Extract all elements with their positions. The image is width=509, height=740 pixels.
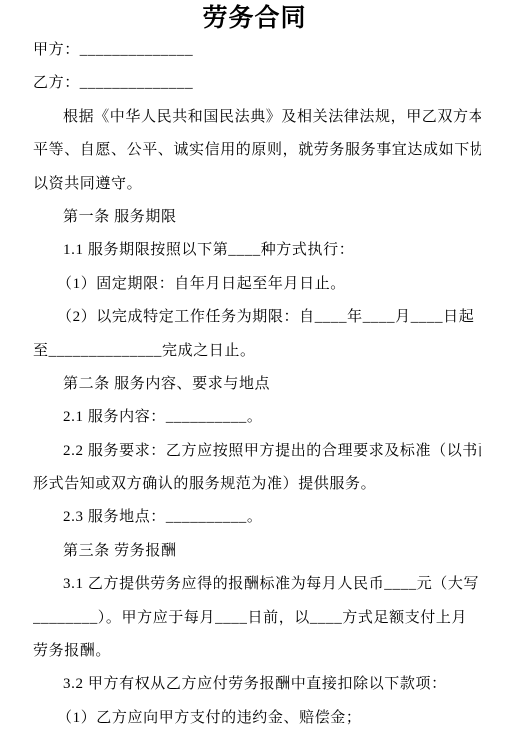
clause-3-2-item-1: （1）乙方应向甲方支付的违约金、赔偿金；	[33, 702, 481, 735]
clause-3-1-cont-1: ________）。甲方应于每月____日前，以____方式足额支付上月	[33, 602, 481, 635]
clause-2-2-cont: 形式告知或双方确认的服务规范为准）提供服务。	[33, 468, 481, 501]
document-title: 劳务合同	[0, 0, 509, 34]
clause-2-1: 2.1 服务内容：__________。	[33, 401, 481, 434]
contract-document-page: 劳务合同 甲方：______________ 乙方：______________…	[0, 0, 509, 740]
section-1-heading: 第一条 服务期限	[33, 201, 481, 234]
preamble-line-1: 根据《中华人民共和国民法典》及相关法律法规，甲乙双方本着	[33, 101, 481, 134]
clause-1-1-item-1: （1）固定期限：自年月日起至年月日止。	[33, 268, 481, 301]
clause-3-1-cont-2: 劳务报酬。	[33, 635, 481, 668]
party-a-line: 甲方：______________	[33, 34, 481, 67]
clause-1-1-item-2: （2）以完成特定工作任务为期限：自____年____月____日起	[33, 301, 481, 334]
clause-3-1: 3.1 乙方提供劳务应得的报酬标准为每月人民币____元（大写：	[33, 568, 481, 601]
preamble-line-3: 以资共同遵守。	[33, 168, 481, 201]
clause-2-3: 2.3 服务地点：__________。	[33, 501, 481, 534]
clause-1-1: 1.1 服务期限按照以下第____种方式执行：	[33, 234, 481, 267]
party-b-line: 乙方：______________	[33, 67, 481, 100]
preamble-line-2: 平等、自愿、公平、诚实信用的原则，就劳务服务事宜达成如下协议，	[33, 134, 481, 167]
clause-3-2: 3.2 甲方有权从乙方应付劳务报酬中直接扣除以下款项：	[33, 668, 481, 701]
section-3-heading: 第三条 劳务报酬	[33, 535, 481, 568]
document-body: 甲方：______________ 乙方：______________ 根据《中…	[0, 34, 509, 735]
clause-1-1-item-2-cont: 至______________完成之日止。	[33, 335, 481, 368]
clause-2-2: 2.2 服务要求：乙方应按照甲方提出的合理要求及标准（以书面	[33, 435, 481, 468]
section-2-heading: 第二条 服务内容、要求与地点	[33, 368, 481, 401]
